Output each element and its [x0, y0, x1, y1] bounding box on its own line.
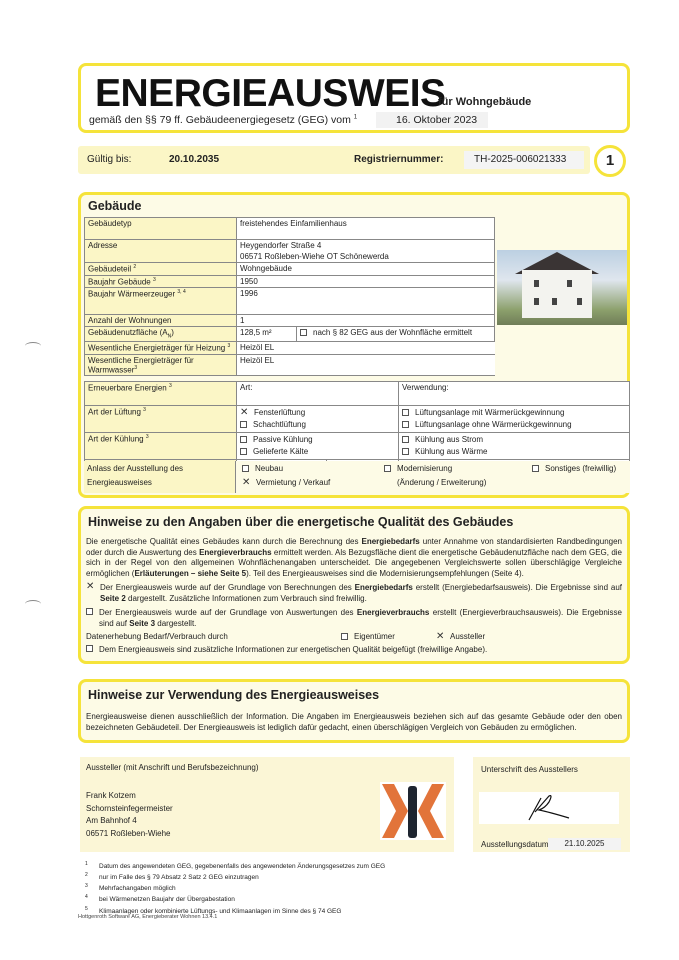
row-label: Art der Lüftung 3	[85, 406, 237, 433]
geg-date: 16. Oktober 2023	[376, 112, 488, 128]
table-row: Art der Lüftung 3 ✕FensterlüftungSchacht…	[85, 406, 630, 433]
checkbox-sonstiges[interactable]: Sonstiges (freiwillig)	[532, 462, 616, 476]
label-text: Baujahr Gebäude	[88, 277, 151, 286]
checkbox-modernisierung[interactable]: Modernisierung	[384, 462, 452, 476]
footnote-ref: 3	[134, 365, 137, 371]
footnote: 4bei Wärmenetzen Baujahr der Übergabesta…	[85, 893, 385, 904]
issue-date-label: Ausstellungsdatum	[481, 840, 549, 849]
building-photo	[497, 250, 627, 325]
label-text: Baujahr Wärmeerzeuger	[88, 290, 175, 299]
text: ). Teil des Energieausweises sind die Mo…	[246, 569, 524, 578]
table-row: Wesentliche Energieträger für Warmwasser…	[85, 354, 495, 376]
issuer-box: Aussteller (mit Anschrift und Berufsbeze…	[80, 757, 454, 852]
area-value: 128,5 m²	[237, 327, 297, 342]
cooling-options-left: Passive KühlungGelieferte Kälte	[237, 433, 399, 460]
row-label: Adresse	[85, 240, 237, 263]
table-row: Gebäudeteil 2Wohngebäude	[85, 263, 495, 276]
building-table: Gebäudetypfreistehendes Einfamilienhaus …	[84, 217, 495, 376]
checkbox-icon	[240, 436, 247, 443]
option-label: Neubau	[255, 464, 283, 473]
text-bold: Seite 3	[129, 619, 155, 628]
row-label: Gebäudetyp	[85, 218, 237, 240]
data-collection-row: Datenerhebung Bedarf/Verbrauch durch Eig…	[86, 632, 622, 643]
option-label: Kühlung aus Strom	[415, 435, 483, 444]
footnote: 1Datum des angewendeten GEG, gegebenenfa…	[85, 860, 385, 871]
area-option: nach § 82 GEG aus der Wohnfläche ermitte…	[297, 327, 495, 342]
option-label: Kühlung aus Wärme	[415, 447, 487, 456]
table-row: Anzahl der Wohnungen1	[85, 315, 495, 327]
text: dargestellt. Zusätzliche Informationen z…	[126, 594, 367, 603]
checkbox-icon	[240, 421, 247, 428]
software-credit: Hottgenroth Software AG, Energieberater …	[78, 914, 217, 920]
section-title: Hinweise zu den Angaben über die energet…	[81, 509, 627, 529]
text-bold: Erläuterungen – siehe Seite 5	[134, 569, 246, 578]
label-text: Wesentliche Energieträger für Heizung	[88, 344, 225, 353]
valid-until-date: 20.10.2035	[169, 154, 219, 165]
ventilation-options-left: ✕FensterlüftungSchachtlüftung	[237, 406, 399, 433]
table-row: Wesentliche Energieträger für Heizung 3H…	[85, 341, 495, 354]
row-label: Baujahr Gebäude 3	[85, 275, 237, 288]
checkbox-icon	[532, 465, 539, 472]
year-built-value: 1950	[237, 275, 495, 288]
option-label: Modernisierung	[397, 464, 452, 473]
footnote-number: 5	[85, 905, 99, 913]
table-row: AdresseHeygendorfer Straße 406571 Roßleb…	[85, 240, 495, 263]
label-text: Art der Kühlung	[88, 435, 144, 444]
ventilation-options-right: Lüftungsanlage mit WärmerückgewinnungLüf…	[399, 406, 630, 433]
text: Die energetische Qualität eines Gebäudes…	[86, 537, 362, 546]
water-carrier-value: Heizöl EL	[237, 354, 495, 376]
checkbox-icon	[86, 645, 93, 652]
checkbox-passive-kuehlung[interactable]: Passive Kühlung	[240, 434, 395, 446]
quality-notes-section: Hinweise zu den Angaben über die energet…	[78, 506, 630, 664]
row-label: Wesentliche Energieträger für Heizung 3	[85, 341, 237, 354]
footnotes: 1Datum des angewendeten GEG, gegebenenfa…	[85, 860, 385, 916]
row-label: Gebäudeteil 2	[85, 263, 237, 276]
label-text: Art der Lüftung	[88, 408, 141, 417]
punch-hole-mark	[25, 600, 41, 608]
signature-icon	[479, 792, 619, 824]
photo-window	[567, 280, 572, 287]
checkbox-kuehlung-waerme[interactable]: Kühlung aus Wärme	[402, 446, 626, 458]
address-value: Heygendorfer Straße 406571 Roßleben-Wieh…	[237, 240, 495, 263]
data-collection-label: Datenerhebung Bedarf/Verbrauch durch	[86, 632, 341, 643]
option-label: Eigentümer	[354, 632, 395, 641]
table-row: Gebäudenutzfläche (AN)128,5 m²nach § 82 …	[85, 327, 495, 342]
checked-x-icon: ✕	[436, 633, 445, 641]
photo-window	[534, 298, 539, 305]
photo-window	[534, 280, 539, 287]
footnote-number: 1	[85, 860, 99, 868]
footnote-text: Mehrfachangaben möglich	[99, 885, 176, 892]
issue-date: 21.10.2025	[548, 838, 621, 850]
text-bold: Energiebedarfs	[355, 583, 413, 592]
option-label: Lüftungsanlage ohne Wärmerückgewinnung	[415, 420, 572, 429]
label-text: Erneuerbare Energien	[88, 384, 167, 393]
address-line-1: Heygendorfer Straße 4	[240, 241, 491, 250]
checkbox-eigentuemer[interactable]: Eigentümer	[341, 632, 436, 643]
option-label: Sonstiges (freiwillig)	[545, 464, 616, 473]
legal-reference-text: gemäß den §§ 79 ff. Gebäudeenergiegesetz…	[89, 114, 351, 126]
issuer-city: 06571 Roßleben-Wiehe	[86, 828, 173, 841]
checkbox-kuehlung-strom[interactable]: Kühlung aus Strom	[402, 434, 626, 446]
option-label: Passive Kühlung	[253, 435, 313, 444]
photo-window	[577, 298, 582, 305]
row-label: Art der Kühlung 3	[85, 433, 237, 460]
checkbox-schachtlueftung[interactable]: Schachtlüftung	[240, 419, 395, 431]
cooling-options-right: Kühlung aus StromKühlung aus Wärme	[399, 433, 630, 460]
building-type-value: freistehendes Einfamilienhaus	[237, 218, 495, 240]
units-value: 1	[237, 315, 495, 327]
header-panel: ENERGIEAUSWEIS für Wohngebäude gemäß den…	[78, 63, 630, 133]
label-text: Gebäudeteil	[88, 265, 131, 274]
issuer-address: Frank Kotzem Schornsteinfegermeister Am …	[86, 790, 173, 840]
legal-reference: gemäß den §§ 79 ff. Gebäudeenergiegesetz…	[89, 114, 357, 126]
building-table-lower: Erneuerbare Energien 3Art:Verwendung: Ar…	[84, 381, 630, 473]
document-subtitle: für Wohngebäude	[438, 96, 531, 108]
text: dargestellt.	[155, 619, 196, 628]
year-heater-value: 1996	[237, 288, 495, 315]
footnote-ref: 2	[133, 264, 136, 270]
row-label: Anlass der Ausstellung desEnergieausweis…	[84, 461, 236, 493]
footnote-text: Datum des angewendeten GEG, gegebenenfal…	[99, 863, 385, 870]
row-label: Erneuerbare Energien 3	[85, 382, 237, 406]
footnote-ref: 3	[153, 277, 156, 283]
footnote: 3Mehrfachangaben möglich	[85, 882, 385, 893]
text-bold: Energiebedarfs	[362, 537, 420, 546]
label-text: Energieausweises	[87, 476, 232, 490]
usage-notes-text: Energieausweise dienen ausschließlich de…	[86, 711, 622, 733]
area-option-label: nach § 82 GEG aus der Wohnfläche ermitte…	[313, 328, 472, 337]
footnote-ref: 3	[228, 343, 231, 349]
table-row: Erneuerbare Energien 3Art:Verwendung:	[85, 382, 630, 406]
checkbox-icon	[402, 409, 409, 416]
quality-notes-body: Die energetische Qualität eines Gebäudes…	[86, 537, 622, 655]
option-label: Aussteller	[450, 632, 485, 641]
address-line-2: 06571 Roßleben-Wiehe OT Schönewerda	[240, 252, 491, 261]
checked-x-icon: ✕	[86, 583, 95, 604]
checked-x-icon: ✕	[240, 409, 249, 417]
footnote-ref: 1	[354, 115, 357, 121]
registration-label: Registriernummer:	[354, 154, 443, 165]
row-label: Anzahl der Wohnungen	[85, 315, 237, 327]
option-label-continued: (Änderung / Erweiterung)	[397, 476, 486, 490]
checkbox-fensterlueftung[interactable]: ✕Fensterlüftung	[240, 407, 395, 419]
label-text: )	[171, 328, 174, 337]
issuer-street: Am Bahnhof 4	[86, 815, 173, 828]
footnote-number: 4	[85, 893, 99, 901]
label-text: Wesentliche Energieträger für Warmwasser	[88, 356, 194, 375]
checkbox-icon	[402, 436, 409, 443]
footnote: 2nur im Falle des § 79 Absatz 2 Satz 2 G…	[85, 871, 385, 882]
building-section: Gebäude Gebäudetypfreistehendes Einfamil…	[78, 192, 630, 498]
footnote-ref: 3	[143, 407, 146, 413]
issuer-name: Frank Kotzem	[86, 790, 173, 803]
footnote-ref: 3, 4	[177, 289, 185, 295]
issuer-profession: Schornsteinfegermeister	[86, 803, 173, 816]
table-row: Art der Kühlung 3 Passive KühlungGeliefe…	[85, 433, 630, 460]
signature-field	[479, 792, 619, 824]
checkbox-vermietung-verkauf[interactable]: ✕Vermietung / Verkauf	[242, 476, 330, 490]
checkbox-icon	[86, 608, 93, 615]
footnote-text: nur im Falle des § 79 Absatz 2 Satz 2 GE…	[99, 874, 259, 881]
photo-window	[552, 298, 557, 305]
logo-icon	[380, 782, 446, 840]
text: Der Energieausweis wurde auf der Grundla…	[100, 583, 355, 592]
heating-carrier-value: Heizöl EL	[237, 341, 495, 354]
footnote-text: bei Wärmenetzen Baujahr der Übergabestat…	[99, 897, 235, 904]
checkbox-neubau[interactable]: Neubau	[242, 462, 283, 476]
building-part-value: Wohngebäude	[237, 263, 495, 276]
page-number: 1	[594, 145, 626, 177]
section-title: Gebäude	[81, 195, 627, 215]
section-title: Hinweise zur Verwendung des Energieauswe…	[81, 682, 627, 702]
issuer-logo	[380, 782, 446, 840]
checkbox-icon	[402, 448, 409, 455]
option-label: Gelieferte Kälte	[253, 447, 308, 456]
option-label: Vermietung / Verkauf	[256, 478, 330, 487]
option-text: Dem Energieausweis sind zusätzliche Info…	[99, 645, 622, 656]
signature-box: Unterschrift des Ausstellers Ausstellung…	[473, 757, 630, 852]
option-label: Schachtlüftung	[253, 420, 306, 429]
footnote-number: 3	[85, 882, 99, 890]
renewables-usage: Verwendung:	[399, 382, 630, 406]
row-label: Baujahr Wärmeerzeuger 3, 4	[85, 288, 237, 315]
registration-number: TH-2025-006021333	[464, 151, 584, 169]
label-text: Anlass der Ausstellung des	[87, 462, 232, 476]
row-label: Gebäudenutzfläche (AN)	[85, 327, 237, 342]
table-row: Baujahr Wärmeerzeuger 3, 41996	[85, 288, 495, 315]
text-bold: Seite 2	[100, 594, 126, 603]
footnote-ref: 3	[146, 434, 149, 440]
checkbox-icon	[242, 465, 249, 472]
option-label: Lüftungsanlage mit Wärmerückgewinnung	[415, 408, 564, 417]
checkbox-lueftung-mit-wrg[interactable]: Lüftungsanlage mit Wärmerückgewinnung	[402, 407, 626, 419]
validity-bar: Gültig bis: 20.10.2035 Registriernummer:…	[78, 146, 590, 174]
area-checkbox[interactable]	[300, 329, 307, 336]
checkbox-icon	[341, 633, 348, 640]
text: erstellt (Energiebedarfsausweis). Die Er…	[413, 583, 622, 592]
checkbox-icon	[402, 421, 409, 428]
checked-x-icon: ✕	[242, 479, 251, 487]
checkbox-icon	[384, 465, 391, 472]
row-label: Wesentliche Energieträger für Warmwasser…	[85, 354, 237, 376]
checkbox-zusatzinfos[interactable]: Dem Energieausweis sind zusätzliche Info…	[86, 645, 622, 656]
signature-label: Unterschrift des Ausstellers	[481, 765, 578, 774]
intro-paragraph: Die energetische Qualität eines Gebäudes…	[86, 537, 622, 579]
text: Der Energieausweis wurde auf der Grundla…	[99, 608, 357, 617]
option-label: Fensterlüftung	[254, 408, 305, 417]
checkbox-gelieferte-kaelte[interactable]: Gelieferte Kälte	[240, 446, 395, 458]
checkbox-verbrauchsausweis[interactable]: Der Energieausweis wurde auf der Grundla…	[86, 608, 622, 629]
issue-reason-row: Anlass der Ausstellung desEnergieausweis…	[84, 461, 630, 493]
renewables-type: Art:	[237, 382, 399, 406]
footnote-number: 2	[85, 871, 99, 879]
checkbox-icon	[240, 448, 247, 455]
checkbox-lueftung-ohne-wrg[interactable]: Lüftungsanlage ohne Wärmerückgewinnung	[402, 419, 626, 431]
usage-notes-section: Hinweise zur Verwendung des Energieauswe…	[78, 679, 630, 743]
valid-until-label: Gültig bis:	[87, 154, 131, 165]
table-row: Gebäudetypfreistehendes Einfamilienhaus	[85, 218, 495, 240]
text-bold: Energieverbrauchs	[357, 608, 429, 617]
photo-house	[522, 270, 592, 318]
punch-hole-mark	[25, 342, 41, 350]
label-text: Gebäudenutzfläche (A	[88, 328, 168, 337]
text-bold: Energieverbrauchs	[199, 548, 271, 557]
option-text: Der Energieausweis wurde auf der Grundla…	[99, 608, 622, 629]
document-title: ENERGIEAUSWEIS	[95, 72, 446, 116]
option-text: Der Energieausweis wurde auf der Grundla…	[100, 583, 622, 604]
table-row: Baujahr Gebäude 31950	[85, 275, 495, 288]
footnote-ref: 3	[169, 383, 172, 389]
checkbox-bedarfsausweis[interactable]: ✕Der Energieausweis wurde auf der Grundl…	[86, 583, 622, 604]
issuer-label: Aussteller (mit Anschrift und Berufsbeze…	[86, 763, 259, 772]
checkbox-aussteller[interactable]: ✕Aussteller	[436, 632, 485, 643]
